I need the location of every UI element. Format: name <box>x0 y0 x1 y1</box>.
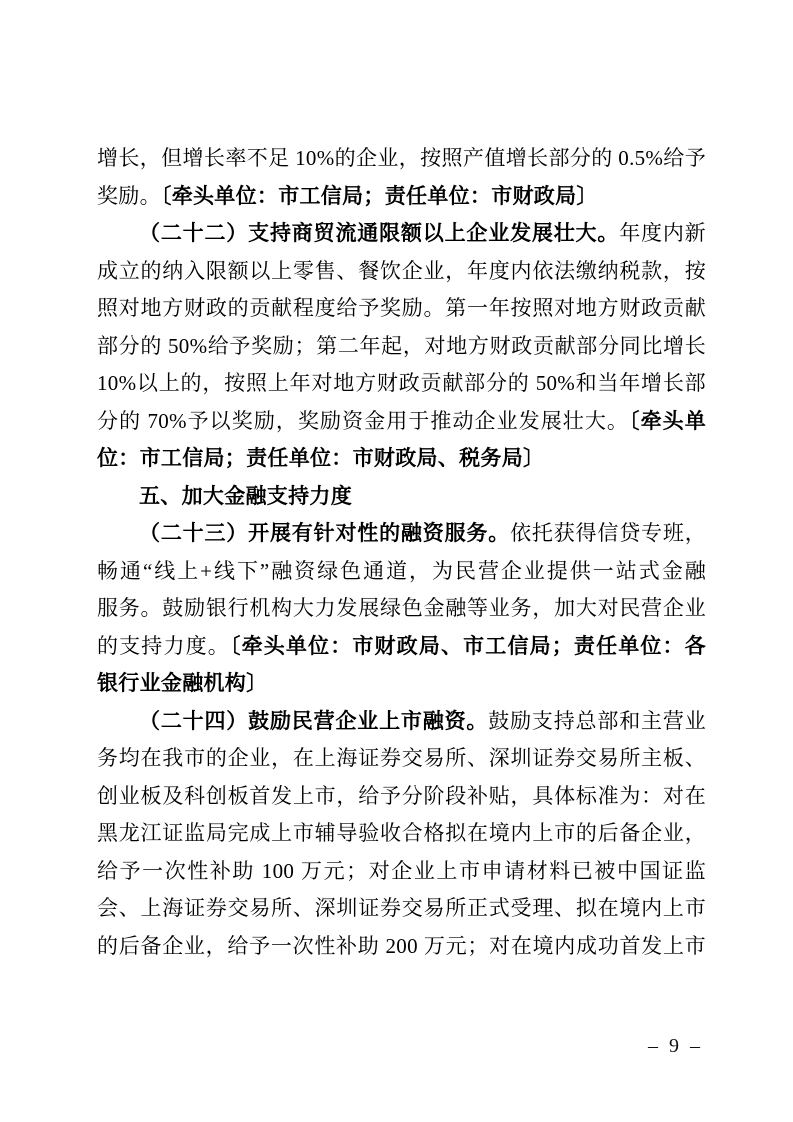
text-line: 五、加大金融支持力度 <box>97 478 706 516</box>
text-run-body: 鼓励支持总部和主营业 <box>488 709 706 733</box>
text-run-title: （二十三）开展有针对性的融资服务。 <box>139 521 510 545</box>
text-run-body: 会、上海证券交易所、深圳证券交易所正式受理、拟在境内上市 <box>97 896 706 920</box>
text-run-body: 部分的 50%给予奖励；第二年起，对地方财政贡献部分同比增长 <box>97 334 706 358</box>
text-line: （二十二）支持商贸流通限额以上企业发展壮大。年度内新 <box>97 215 706 253</box>
text-line: （二十三）开展有针对性的融资服务。依托获得信贷专班， <box>97 515 706 553</box>
text-run-unit: 银行业金融机构〕 <box>97 672 267 695</box>
text-run-unit: 〔牵头单 <box>629 410 706 433</box>
text-run-unit: 位：市工信局；责任单位：市财政局、税务局〕 <box>97 447 544 470</box>
text-line: 畅通“线上+线下”融资绿色通道，为民营企业提供一站式金融 <box>97 553 706 591</box>
text-run-body: 依托获得信贷专班， <box>510 521 706 545</box>
document-page: 增长，但增长率不足 10%的企业，按照产值增长部分的 0.5%给予奖励。〔牵头单… <box>0 0 793 1122</box>
text-line: 照对地方财政的贡献程度给予奖励。第一年按照对地方财政贡献 <box>97 290 706 328</box>
text-run-body: 成立的纳入限额以上零售、餐饮企业，年度内依法缴纳税款，按 <box>97 259 706 283</box>
text-run-unit: 〔牵头单位：市工信局；责任单位：市财政局〕 <box>161 185 598 208</box>
text-line: 会、上海证券交易所、深圳证券交易所正式受理、拟在境内上市 <box>97 890 706 928</box>
text-run-title: （二十四）鼓励民营企业上市融资。 <box>139 709 488 733</box>
text-line: 给予一次性补助 100 万元；对企业上市申请材料已被中国证监 <box>97 853 706 891</box>
text-line: 增长，但增长率不足 10%的企业，按照产值增长部分的 0.5%给予 <box>97 140 706 178</box>
text-line: 10%以上的，按照上年对地方财政贡献部分的 50%和当年增长部 <box>97 365 706 403</box>
text-line: 部分的 50%给予奖励；第二年起，对地方财政贡献部分同比增长 <box>97 328 706 366</box>
text-run-body: 务均在我市的企业，在上海证券交易所、深圳证券交易所主板、 <box>97 746 706 770</box>
text-run-body: 给予一次性补助 100 万元；对企业上市申请材料已被中国证监 <box>97 859 706 883</box>
text-line: （二十四）鼓励民营企业上市融资。鼓励支持总部和主营业 <box>97 703 706 741</box>
text-run-body: 创业板及科创板首发上市，给予分阶段补贴，具体标准为：对在 <box>97 784 706 808</box>
text-run-body: 10%以上的，按照上年对地方财政贡献部分的 50%和当年增长部 <box>97 371 706 395</box>
page-number: – 9 – <box>648 1035 703 1058</box>
text-run-title: （二十二）支持商贸流通限额以上企业发展壮大。 <box>139 221 619 245</box>
text-run-body: 服务。鼓励银行机构大力发展绿色金融等业务，加大对民营企业 <box>97 596 706 620</box>
text-run-body: 年度内新 <box>619 221 706 245</box>
text-run-body: 奖励。 <box>97 184 161 208</box>
text-line: 创业板及科创板首发上市，给予分阶段补贴，具体标准为：对在 <box>97 778 706 816</box>
text-run-section: 五、加大金融支持力度 <box>139 485 352 508</box>
text-run-body: 畅通“线上+线下”融资绿色通道，为民营企业提供一站式金融 <box>97 559 706 583</box>
text-run-unit: 〔牵头单位：市财政局、市工信局；责任单位：各 <box>230 635 706 658</box>
text-run-body: 黑龙江证监局完成上市辅导验收合格拟在境内上市的后备企业， <box>97 821 706 845</box>
text-line: 服务。鼓励银行机构大力发展绿色金融等业务，加大对民营企业 <box>97 590 706 628</box>
text-line: 位：市工信局；责任单位：市财政局、税务局〕 <box>97 440 706 478</box>
text-line: 分的 70%予以奖励，奖励资金用于推动企业发展壮大。〔牵头单 <box>97 403 706 441</box>
text-run-body: 照对地方财政的贡献程度给予奖励。第一年按照对地方财政贡献 <box>97 296 706 320</box>
document-body: 增长，但增长率不足 10%的企业，按照产值增长部分的 0.5%给予奖励。〔牵头单… <box>97 140 706 965</box>
text-line: 奖励。〔牵头单位：市工信局；责任单位：市财政局〕 <box>97 178 706 216</box>
text-line: 银行业金融机构〕 <box>97 665 706 703</box>
text-line: 的支持力度。〔牵头单位：市财政局、市工信局；责任单位：各 <box>97 628 706 666</box>
text-line: 黑龙江证监局完成上市辅导验收合格拟在境内上市的后备企业， <box>97 815 706 853</box>
text-run-body: 的支持力度。 <box>97 634 230 658</box>
text-run-body: 增长，但增长率不足 10%的企业，按照产值增长部分的 0.5%给予 <box>97 146 706 170</box>
text-line: 务均在我市的企业，在上海证券交易所、深圳证券交易所主板、 <box>97 740 706 778</box>
text-run-body: 的后备企业，给予一次性补助 200 万元；对在境内成功首发上市 <box>97 934 706 958</box>
text-line: 的后备企业，给予一次性补助 200 万元；对在境内成功首发上市 <box>97 928 706 966</box>
text-run-body: 分的 70%予以奖励，奖励资金用于推动企业发展壮大。 <box>97 409 629 433</box>
text-line: 成立的纳入限额以上零售、餐饮企业，年度内依法缴纳税款，按 <box>97 253 706 291</box>
